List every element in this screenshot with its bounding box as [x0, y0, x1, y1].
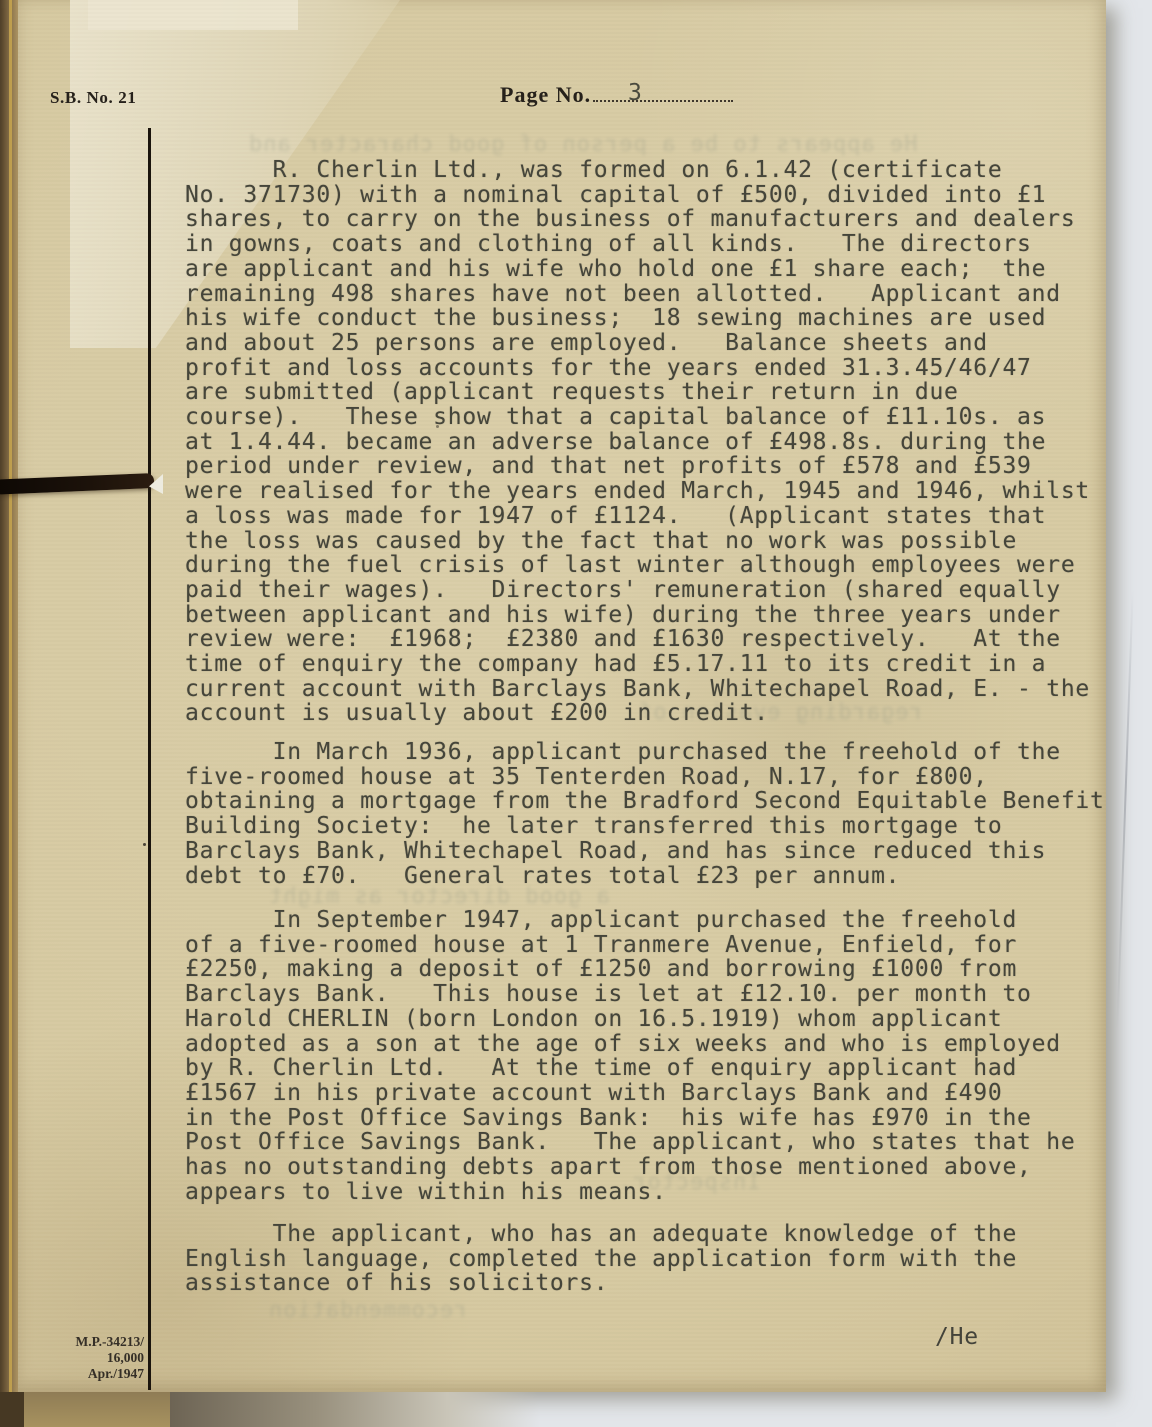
paragraph-language: The applicant, who has an adequate knowl… — [185, 1222, 1130, 1296]
lower-page-edge — [0, 1392, 170, 1427]
printer-imprint: M.P.-34213/ 16,000 Apr./1947 — [46, 1334, 144, 1382]
underlying-page-edge-line — [9, 0, 12, 1427]
under-page-tab — [88, 0, 298, 30]
paragraph-company-details: R. Cherlin Ltd., was formed on 6.1.42 (c… — [185, 158, 1130, 726]
page-bottom-shadow — [170, 1392, 540, 1427]
ink-speck — [143, 843, 146, 846]
page-number-row: Page No. 3 — [500, 82, 733, 108]
lower-page-edge-dark — [0, 1392, 24, 1427]
scanned-document-photo: S.B. No. 21 Page No. 3 He appears to be … — [0, 0, 1152, 1427]
typed-page-number: 3 — [628, 80, 642, 106]
bleedthrough-text-line: He appears to be a person of good charac… — [248, 132, 918, 157]
bleedthrough-text-line: recommendation — [268, 1298, 467, 1323]
dotted-leader — [593, 96, 733, 102]
catchword: /He — [935, 1324, 979, 1350]
page-number-label: Page No. — [500, 82, 591, 107]
ruled-margin-line — [148, 128, 151, 1390]
paragraph-tenterden-road: In March 1936, applicant purchased the f… — [185, 740, 1130, 888]
paragraph-tranmere-avenue: In September 1947, applicant purchased t… — [185, 908, 1130, 1204]
document-page: S.B. No. 21 Page No. 3 He appears to be … — [18, 0, 1106, 1392]
form-number: S.B. No. 21 — [50, 88, 136, 108]
